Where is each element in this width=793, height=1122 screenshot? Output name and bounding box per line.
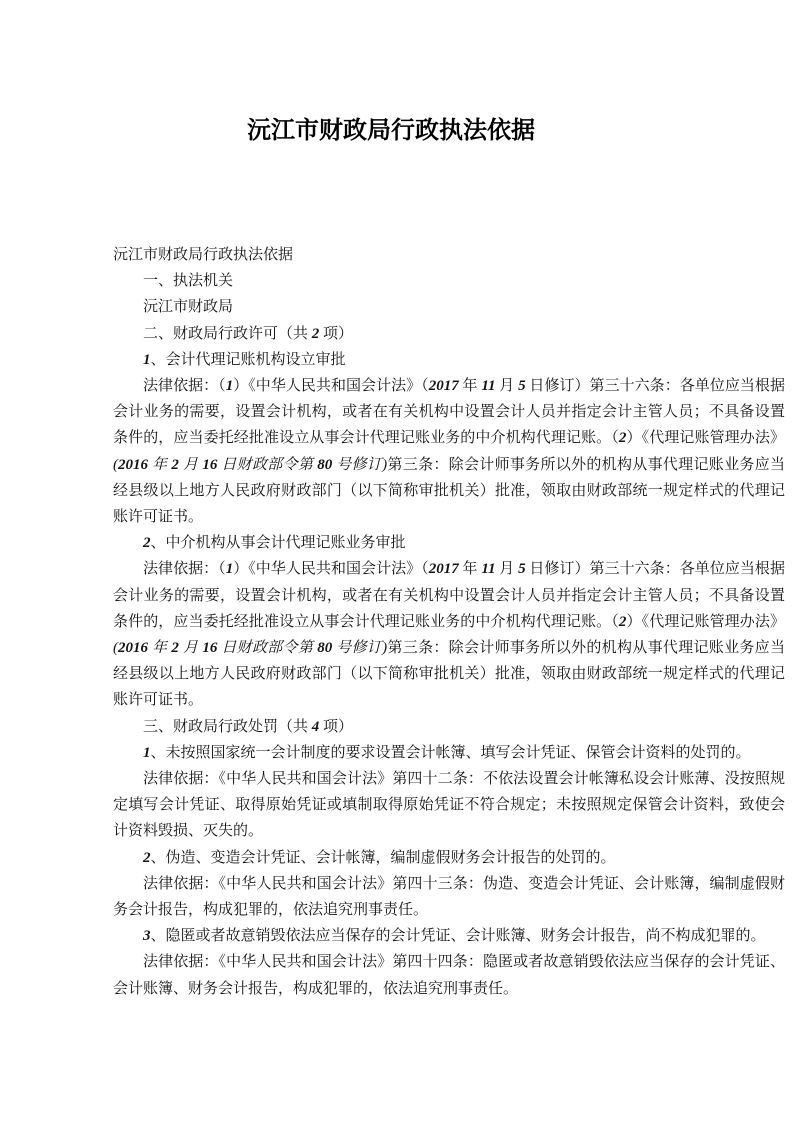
text-run: ）《中华人民共和国会计法》（	[233, 378, 429, 394]
text-run: 、中介机构从事会计代理记账业务审批	[151, 535, 406, 551]
text-run: 16	[202, 640, 217, 656]
text-run: 11	[481, 378, 495, 394]
text-run: 年	[459, 378, 482, 394]
text-run: 一、执法机关	[143, 273, 233, 289]
paragraph: 法律依据：（1）《中华人民共和国会计法》（2017 年 11 月 5 日修订）第…	[113, 373, 785, 530]
text-run: 1	[143, 745, 151, 761]
document-body: 沅江市财政局行政执法依据一、执法机关沅江市财政局二、财政局行政许可（共 2 项）…	[113, 242, 785, 1002]
text-run: 16	[202, 457, 217, 473]
paragraph: 法律依据：（1）《中华人民共和国会计法》（2017 年 11 月 5 日修订）第…	[113, 556, 785, 713]
text-run: 号修订)	[332, 457, 387, 473]
text-run: 年	[148, 457, 171, 473]
document-page: 沅江市财政局行政执法依据 沅江市财政局行政执法依据一、执法机关沅江市财政局二、财…	[0, 0, 793, 1122]
text-run: 80	[317, 457, 332, 473]
text-run: 2016	[118, 457, 148, 473]
text-run: 2	[171, 640, 179, 656]
text-run: 2017	[429, 561, 459, 577]
paragraph: 三、财政局行政处罚（共 4 项）	[113, 714, 785, 740]
text-run: 、伪造、变造会计凭证、会计帐簿，编制虚假财务会计报告的处罚的。	[151, 850, 616, 866]
text-run: 二、财政局行政许可（共	[143, 326, 312, 342]
text-run: 年	[459, 561, 482, 577]
text-run: 年	[148, 640, 171, 656]
text-run: 2	[143, 535, 151, 551]
text-run: 法律依据：（	[143, 561, 226, 577]
paragraph: 法律依据：《中华人民共和国会计法》第四十三条：伪造、变造会计凭证、会计账簿，编制…	[113, 871, 785, 923]
text-run: ）《中华人民共和国会计法》（	[233, 561, 429, 577]
text-run: ）《代理记账管理办法》	[626, 614, 785, 630]
paragraph: 1、未按照国家统一会计制度的要求设置会计帐簿、填写会计凭证、保管会计资料的处罚的…	[113, 740, 785, 766]
text-run: 11	[481, 561, 495, 577]
paragraph: 2、伪造、变造会计凭证、会计帐簿，编制虚假财务会计报告的处罚的。	[113, 845, 785, 871]
text-run: 月	[496, 378, 519, 394]
document-title: 沅江市财政局行政执法依据	[113, 114, 669, 148]
text-run: 项）	[319, 326, 353, 342]
text-run: 法律依据：《中华人民共和国会计法》第四十二条：不依法设置会计帐簿私设会计账薄、没…	[113, 771, 785, 839]
paragraph: 沅江市财政局行政执法依据	[113, 242, 785, 268]
text-run: 2	[143, 850, 151, 866]
text-run: 3	[143, 928, 151, 944]
text-run: 2	[171, 457, 179, 473]
text-run: 、隐匿或者故意销毁依法应当保存的会计凭证、会计账簿、财务会计报告，尚不构成犯罪的…	[151, 928, 766, 944]
text-run: 5	[518, 561, 526, 577]
paragraph: 一、执法机关	[113, 268, 785, 294]
text-run: 沅江市财政局行政执法依据	[113, 247, 293, 263]
text-run: 法律依据：《中华人民共和国会计法》第四十四条：隐匿或者故意销毁依法应当保存的会计…	[113, 954, 785, 996]
text-run: 2017	[429, 378, 459, 394]
text-run: 日财政部令第	[217, 457, 317, 473]
text-run: 月	[496, 561, 519, 577]
paragraph: 2、中介机构从事会计代理记账业务审批	[113, 530, 785, 556]
text-run: 5	[518, 378, 526, 394]
text-run: 日财政部令第	[217, 640, 317, 656]
paragraph: 1、会计代理记账机构设立审批	[113, 347, 785, 373]
text-run: 月	[179, 457, 202, 473]
paragraph: 3、隐匿或者故意销毁依法应当保存的会计凭证、会计账簿、财务会计报告，尚不构成犯罪…	[113, 923, 785, 949]
paragraph: 二、财政局行政许可（共 2 项）	[113, 321, 785, 347]
paragraph: 沅江市财政局	[113, 294, 785, 320]
text-run: 2016	[118, 640, 148, 656]
text-run: 沅江市财政局	[143, 299, 233, 315]
paragraph: 法律依据：《中华人民共和国会计法》第四十二条：不依法设置会计帐簿私设会计账薄、没…	[113, 766, 785, 845]
text-run: 1	[143, 352, 151, 368]
text-run: 、会计代理记账机构设立审批	[151, 352, 346, 368]
text-run: 法律依据：《中华人民共和国会计法》第四十三条：伪造、变造会计凭证、会计账簿，编制…	[113, 876, 785, 918]
text-run: 项）	[319, 719, 353, 735]
text-run: 、未按照国家统一会计制度的要求设置会计帐簿、填写会计凭证、保管会计资料的处罚的。	[151, 745, 751, 761]
paragraph: 法律依据：《中华人民共和国会计法》第四十四条：隐匿或者故意销毁依法应当保存的会计…	[113, 949, 785, 1001]
text-run: 月	[179, 640, 202, 656]
text-run: 法律依据：（	[143, 378, 226, 394]
text-run: 号修订)	[332, 640, 387, 656]
text-run: 三、财政局行政处罚（共	[143, 719, 312, 735]
text-run: ）《代理记账管理办法》	[626, 430, 785, 446]
text-run: 80	[317, 640, 332, 656]
